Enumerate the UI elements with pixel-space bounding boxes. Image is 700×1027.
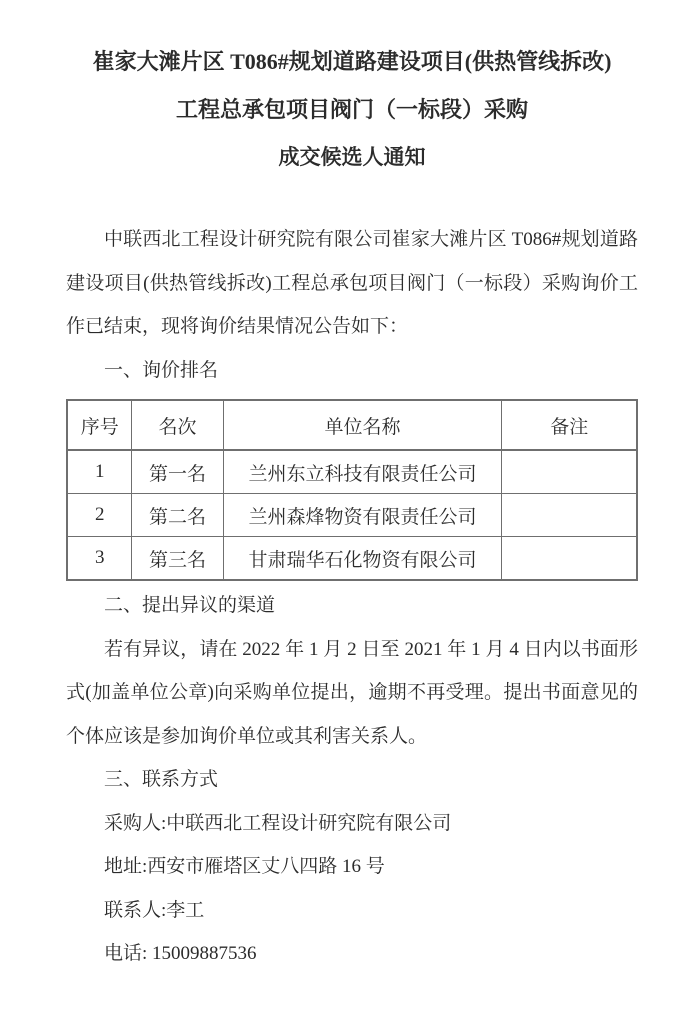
cell-remark [502,450,637,494]
cell-company: 甘肃瑞华石化物资有限公司 [223,537,502,581]
section-objection-heading: 二、提出异议的渠道 [66,584,638,628]
table-header-row: 序号 名次 单位名称 备注 [67,400,637,450]
cell-company: 兰州森烽物资有限责任公司 [223,494,502,537]
section-contact-heading: 三、联系方式 [66,758,638,802]
table-header-company: 单位名称 [223,400,502,450]
cell-remark [502,537,637,581]
objection-paragraph: 若有异议，请在 2022 年 1 月 2 日至 2021 年 1 月 4 日内以… [66,628,638,759]
table-row: 2 第二名 兰州森烽物资有限责任公司 [67,494,637,537]
contact-person: 联系人:李工 [66,889,638,933]
document-title-line-3: 成交候选人通知 [66,134,638,182]
contact-purchaser: 采购人:中联西北工程设计研究院有限公司 [66,802,638,846]
table-header-no: 序号 [67,400,132,450]
table-row: 3 第三名 甘肃瑞华石化物资有限公司 [67,537,637,581]
cell-rank: 第二名 [132,494,223,537]
intro-paragraph: 中联西北工程设计研究院有限公司崔家大滩片区 T086#规划道路建设项目(供热管线… [66,218,638,349]
contact-phone: 电话: 15009887536 [66,932,638,976]
ranking-table: 序号 名次 单位名称 备注 1 第一名 兰州东立科技有限责任公司 2 第二名 兰… [66,399,638,581]
document-title-line-1: 崔家大滩片区 T086#规划道路建设项目(供热管线拆改) [66,38,638,86]
cell-no: 2 [67,494,132,537]
section-ranking-heading: 一、询价排名 [66,349,638,393]
document-title-line-2: 工程总承包项目阀门（一标段）采购 [66,86,638,134]
table-header-remark: 备注 [502,400,637,450]
contact-address: 地址:西安市雁塔区丈八四路 16 号 [66,845,638,889]
table-header-rank: 名次 [132,400,223,450]
cell-company: 兰州东立科技有限责任公司 [223,450,502,494]
cell-no: 3 [67,537,132,581]
document-page: 崔家大滩片区 T086#规划道路建设项目(供热管线拆改) 工程总承包项目阀门（一… [0,0,700,1027]
cell-remark [502,494,637,537]
cell-no: 1 [67,450,132,494]
cell-rank: 第三名 [132,537,223,581]
table-row: 1 第一名 兰州东立科技有限责任公司 [67,450,637,494]
cell-rank: 第一名 [132,450,223,494]
